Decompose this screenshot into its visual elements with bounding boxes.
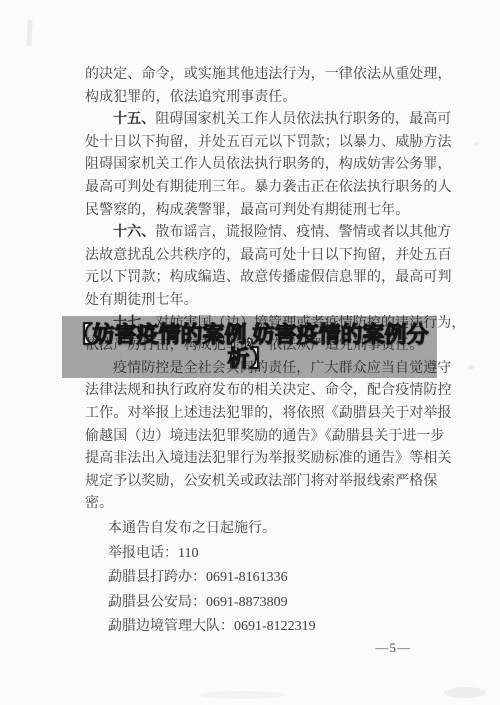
text-line: 构成犯罪的，依法追究刑事责任。 xyxy=(85,87,445,110)
contact-info-block: 本通告自发布之日起施行。 举报电话：110 勐腊县打跨办：0691-816133… xyxy=(85,517,445,640)
banner-title-line2: 析】 xyxy=(62,347,437,371)
scan-artifact xyxy=(200,691,285,699)
document-body-text: 的决定、命令，或实施其他违法行为，一律依法从重处理， 构成犯罪的，依法追究刑事责… xyxy=(85,64,445,516)
banner-title: 【妨害疫情的案例,妨害疫情的案例分 析】 xyxy=(62,323,437,371)
text-line: 处有期徒刑七年。 xyxy=(85,290,445,313)
text-line: 最高可判处有期徒刑三年。暴力袭击正在依法执行职务的人 xyxy=(85,177,445,200)
text-line: 法故意扰乱公共秩序的，最高可处十日以下拘留，并处五百 xyxy=(85,245,445,268)
report-hotline-line: 举报电话：110 xyxy=(85,542,445,567)
page-number: —5— xyxy=(376,640,412,656)
text-line: 阻碍国家机关工作人员依法执行职务的，构成妨害公务罪， xyxy=(85,154,445,177)
text-line: 工作。对举报上述违法犯罪的，将依照《勐腊县关于对举报 xyxy=(85,403,445,426)
border-management-line: 勐腊边境管理大队：0691-8122319 xyxy=(85,615,445,640)
text-line: 提高非法出入境违法犯罪行为举报奖励标准的通告》等相关 xyxy=(85,448,445,471)
text-line: 偷越国（边）境违法犯罪奖励的通告》《勐腊县关于进一步 xyxy=(85,426,445,449)
text-line: 十六、散布谣言，谎报险情、疫情、警情或者以其他方 xyxy=(85,222,445,245)
text-line: 处十日以下拘留，并处五百元以下罚款；以暴力、威胁方法 xyxy=(85,132,445,155)
scanned-document-page: 的决定、命令，或实施其他违法行为，一律依法从重处理， 构成犯罪的，依法追究刑事责… xyxy=(0,0,500,705)
text-line: 十五、阻碍国家机关工作人员依法执行职务的，最高可 xyxy=(85,109,445,132)
text-line: 规定予以奖励，公安机关或政法部门将对举报线索严格保 xyxy=(85,471,445,494)
effective-date-line: 本通告自发布之日起施行。 xyxy=(85,517,445,542)
scan-artifact xyxy=(468,365,475,369)
text-line: 元以下罚款；构成编造、故意传播虚假信息罪的，最高可判 xyxy=(85,267,445,290)
text-line: 法律法规和执行政府发布的相关决定、命令，配合疫情防控 xyxy=(85,380,445,403)
public-security-bureau-line: 勐腊县公安局：0691-8873809 xyxy=(85,591,445,616)
anti-crossing-office-line: 勐腊县打跨办：0691-8161336 xyxy=(85,566,445,591)
scan-artifact xyxy=(26,20,32,46)
text-line: 密。 xyxy=(85,493,445,516)
text-line: 民警察的，构成袭警罪，最高可判处有期徒刑七年。 xyxy=(85,200,445,223)
text-line: 的决定、命令，或实施其他违法行为，一律依法从重处理， xyxy=(85,64,445,87)
watermark-banner: 【妨害疫情的案例,妨害疫情的案例分 析】 xyxy=(62,316,437,378)
scan-artifact xyxy=(474,142,479,145)
banner-title-line1: 【妨害疫情的案例,妨害疫情的案例分 xyxy=(62,323,437,347)
scan-artifact xyxy=(444,687,486,698)
